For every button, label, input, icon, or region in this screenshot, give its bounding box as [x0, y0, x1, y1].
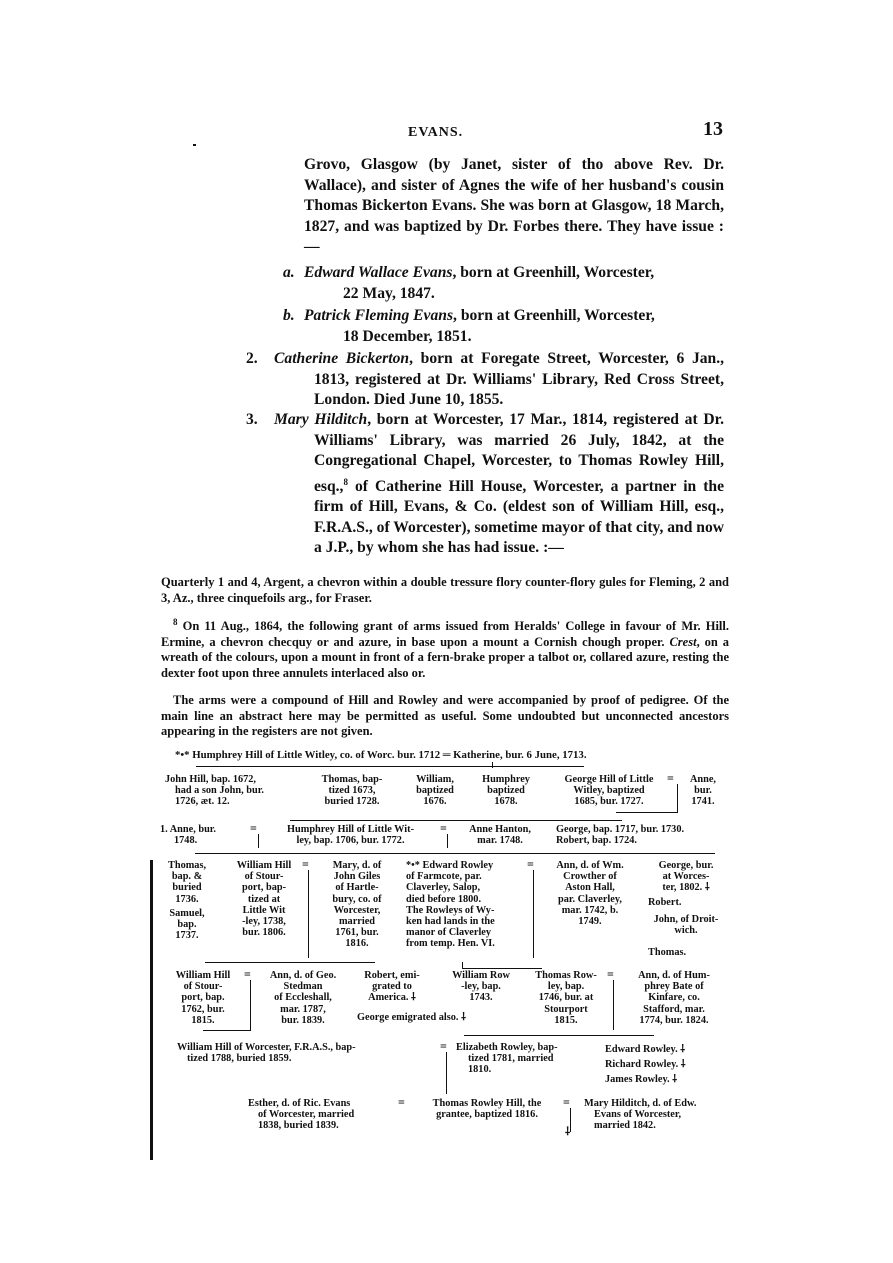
gen6-rowley-brothers: Edward Rowley. ⸸Richard Rowley. ⸸James R…	[605, 1042, 686, 1087]
footnote-compound: The arms were a compound of Hill and Row…	[161, 693, 729, 740]
continuation-paragraph: Grovo, Glasgow (by Janet, sister of tho …	[304, 155, 724, 258]
gen4-thomas-rowley: Thomas.	[648, 947, 686, 958]
gen4-ann-crowther: Ann, d. of Wm.Crowther ofAston Hall,par.…	[542, 860, 638, 927]
gen7-thomas-rowley-hill: Thomas Rowley Hill, thegrantee, baptized…	[412, 1098, 562, 1120]
crest-label: Crest	[669, 635, 696, 649]
gen6-william-hill: William Hill of Worcester, F.R.A.S., bap…	[177, 1042, 356, 1064]
gen4-john: John, of Droit-wich.	[645, 914, 727, 936]
gen2-anne: Anne,bur.1741.	[683, 774, 723, 808]
footnote-grant: 8 On 11 Aug., 1864, the following grant …	[161, 615, 729, 682]
child-entry-2: 2. Catherine Bickerton, born at Foregate…	[246, 349, 724, 411]
issue-details: , born at Greenhill, Worcester,	[453, 307, 655, 324]
issue-a: a. Edward Wallace Evans, born at Greenhi…	[283, 263, 724, 304]
gen3-anne-hanton: Anne Hanton,mar. 1748.	[455, 824, 545, 846]
child-details-cont: of Catherine Hill House, Worcester, a pa…	[314, 478, 724, 557]
gen4-mary-giles: Mary, d. ofJohn Gilesof Hartle-bury, co.…	[318, 860, 396, 950]
child-name: Catherine Bickerton	[274, 350, 409, 367]
issue-date: 22 May, 1847.	[283, 284, 724, 305]
gen2-george: George Hill of LittleWitley, baptized168…	[550, 774, 668, 808]
gen4-samuel: Samuel,bap.1737.	[163, 908, 211, 942]
issue-name: Edward Wallace Evans	[304, 264, 452, 281]
gen7-mary-hilditch: Mary Hilditch, d. of Edw.Evans of Worces…	[584, 1098, 696, 1132]
child-number: 3.	[246, 410, 274, 559]
gen4-william-hill: William Hillof Stour-port, bap-tized atL…	[226, 860, 302, 938]
gen5-ann-stedman: Ann, d. of Geo.Stedmanof Eccleshall,mar.…	[258, 970, 348, 1026]
gen2-humphrey: Humphreybaptized1678.	[470, 774, 542, 808]
gen4-edward-rowley: *•* Edward Rowleyof Farmcote, par.Claver…	[406, 860, 526, 950]
gen5-ann-bate: Ann, d. of Hum-phrey Bate ofKinfare, co.…	[622, 970, 726, 1026]
pedigree-root: *•* Humphrey Hill of Little Witley, co. …	[175, 750, 587, 761]
gen2-william: William,baptized1676.	[400, 774, 470, 808]
gen7-esther-evans: Esther, d. of Ric. Evansof Worcester, ma…	[248, 1098, 354, 1132]
gen3-humphrey: Humphrey Hill of Little Wit-ley, bap. 17…	[263, 824, 438, 846]
running-header: EVANS.	[408, 125, 463, 141]
gen2-john: John Hill, bap. 1672, had a son John, bu…	[165, 774, 264, 808]
page-number: 13	[703, 118, 723, 141]
issue-mark-icon: ⸸	[565, 1127, 570, 1138]
child-number: 2.	[246, 349, 274, 411]
margin-scan-dot	[193, 144, 196, 146]
margin-scan-line	[150, 860, 153, 1160]
child-entry-3: 3. Mary Hilditch, born at Worcester, 17 …	[246, 410, 724, 559]
issue-b: b. Patrick Fleming Evans, born at Greenh…	[283, 306, 724, 347]
footnote-arms: Quarterly 1 and 4, Argent, a chevron wit…	[161, 575, 729, 606]
issue-name: Patrick Fleming Evans	[304, 307, 453, 324]
gen2-thomas: Thomas, bap-tized 1673,buried 1728.	[310, 774, 394, 808]
footnote-mark: 8	[173, 617, 178, 627]
gen6-elizabeth-rowley: Elizabeth Rowley, bap-tized 1781, marrie…	[456, 1042, 558, 1076]
gen3-siblings: George, bap. 1717, bur. 1730.Robert, bap…	[556, 824, 684, 846]
gen4-thomas: Thomas,bap. &buried1736.	[163, 860, 211, 905]
gen4-george-rowley: George, bur.at Worces-ter, 1802. ⸸	[645, 860, 727, 894]
gen5-william-rowley: William Row-ley, bap.1743.	[440, 970, 522, 1004]
grant-text: On 11 Aug., 1864, the following grant of…	[161, 619, 729, 649]
gen5-william-hill: William Hillof Stour-port, bap.1762, bur…	[164, 970, 242, 1026]
gen3-anne-first-wife: 1. Anne, bur.1748.	[160, 824, 216, 846]
gen5-george: George emigrated also. ⸸	[357, 1012, 466, 1023]
gen5-robert: Robert, emi-grated toAmerica. ⸸	[352, 970, 432, 1004]
issue-marker: a.	[283, 263, 304, 284]
issue-marker: b.	[283, 306, 304, 327]
gen5-thomas-rowley: Thomas Row-ley, bap.1746, bur. atStourpo…	[526, 970, 606, 1026]
gen4-robert: Robert.	[648, 897, 681, 908]
issue-date: 18 December, 1851.	[283, 327, 724, 348]
issue-details: , born at Greenhill, Worcester,	[452, 264, 654, 281]
child-name: Mary Hilditch	[274, 411, 367, 428]
